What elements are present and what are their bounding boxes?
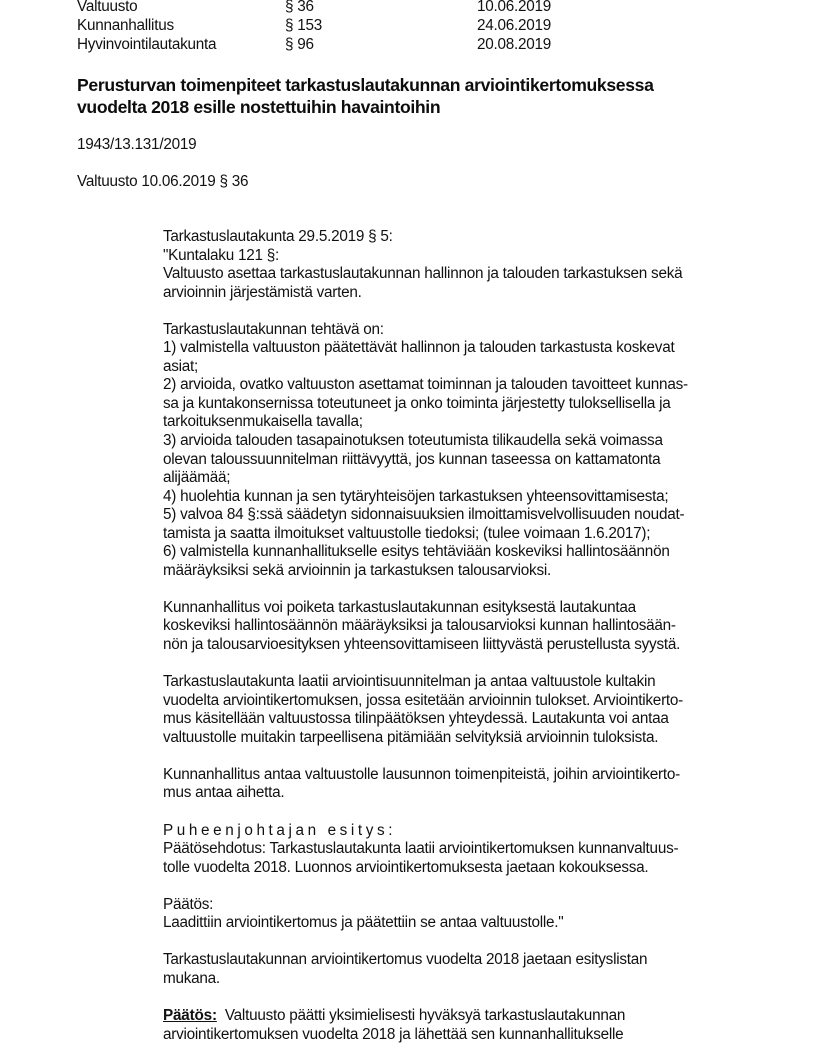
text-line: tolle vuodelta 2018. Luonnos arviointike… (163, 859, 763, 878)
text-line: Tarkastuslautakunnan arviointikertomus v… (163, 951, 763, 970)
prior-decision-heading: Päätös: (163, 896, 763, 915)
meeting-reference: Valtuusto 10.06.2019 § 36 (77, 172, 248, 191)
text-line: olevan taloussuunnitelman riittävyyttä, … (163, 451, 763, 470)
paragraph-gap (163, 580, 763, 599)
text-line: mus antaa aihetta. (163, 784, 763, 803)
text-line: 1) valmistella valtuuston päätettävät ha… (163, 339, 763, 358)
text-line: asiat; (163, 358, 763, 377)
paragraph-gap (163, 803, 763, 822)
text-line: Tarkastuslautakunta 29.5.2019 § 5: (163, 228, 763, 247)
intro-paragraph: Tarkastuslautakunta 29.5.2019 § 5: "Kunt… (163, 228, 763, 302)
meta-section: § 153 (285, 16, 477, 35)
title-line: Perusturvan toimenpiteet tarkastuslautak… (77, 74, 654, 96)
text-line: määräyksiksi sekä arvioinnin ja tarkastu… (163, 562, 763, 581)
paragraph-gap (163, 302, 763, 321)
meta-date: 20.08.2019 (477, 35, 597, 54)
text-line: mukana. (163, 970, 763, 989)
decision-text: Valtuusto päätti yksimielisesti hyväksyä… (225, 1007, 625, 1024)
paragraph-gap (163, 933, 763, 952)
text-line: arvioinnin järjestämistä varten. (163, 284, 763, 303)
text-line: 6) valmistella kunnanhallitukselle esity… (163, 543, 763, 562)
text-line: mus käsitellään valtuustossa tilinpäätök… (163, 710, 763, 729)
decision-label: Päätös: (163, 1007, 217, 1024)
text-line: tamista ja saatta ilmoitukset valtuustol… (163, 525, 763, 544)
text-line: 4) huolehtia kunnan ja sen tytäryhteisöj… (163, 488, 763, 507)
text-line: nön ja talousarvioesityksen yhteensovitt… (163, 636, 763, 655)
meta-row: Hyvinvointilautakunta § 96 20.08.2019 (77, 35, 597, 54)
decision-paragraph: Päätös: Valtuusto päätti yksimielisesti … (163, 1007, 763, 1044)
text-line: tarkoituksenmukaisella tavalla; (163, 413, 763, 432)
paragraph-gap (163, 988, 763, 1007)
duties-list: Tarkastuslautakunnan tehtävä on: 1) valm… (163, 321, 763, 581)
text-line: arviointikertomuksen vuodelta 2018 ja lä… (163, 1026, 763, 1045)
meta-body: Hyvinvointilautakunta (77, 35, 285, 54)
duties-heading: Tarkastuslautakunnan tehtävä on: (163, 321, 763, 340)
text-line: Päätösehdotus: Tarkastuslautakunta laati… (163, 840, 763, 859)
title-line: vuodelta 2018 esille nostettuihin havain… (77, 96, 654, 118)
meta-table: Valtuusto § 36 10.06.2019 Kunnanhallitus… (77, 0, 597, 54)
text-line: 5) valvoa 84 §:ssä säädetyn sidonnaisuuk… (163, 506, 763, 525)
meta-section: § 96 (285, 35, 477, 54)
diary-number: 1943/13.131/2019 (77, 135, 196, 154)
text-line: 3) arvioida talouden tasapainotuksen tot… (163, 432, 763, 451)
paragraph-gap (163, 655, 763, 674)
meta-body: Valtuusto (77, 0, 285, 16)
text-line: Valtuusto asettaa tarkastuslautakunnan h… (163, 265, 763, 284)
statement-paragraph: Kunnanhallitus antaa valtuustolle lausun… (163, 766, 763, 803)
text-line: valtuustolle muitakin tarpeellisena pitä… (163, 729, 763, 748)
chair-proposal-heading: Puheenjohtajan esitys: (163, 822, 763, 841)
chair-proposal: Puheenjohtajan esitys: Päätösehdotus: Ta… (163, 822, 763, 878)
text-line: Laadittiin arviointikertomus ja päätetti… (163, 914, 763, 933)
text-line: Kunnanhallitus antaa valtuustolle lausun… (163, 766, 763, 785)
text-line: 2) arvioida, ovatko valtuuston asettamat… (163, 376, 763, 395)
text-line: Päätös: Valtuusto päätti yksimielisesti … (163, 1007, 763, 1026)
meta-body: Kunnanhallitus (77, 16, 285, 35)
text-line: Tarkastuslautakunta laatii arviointisuun… (163, 673, 763, 692)
document-body: Tarkastuslautakunta 29.5.2019 § 5: "Kunt… (163, 228, 763, 1044)
meta-date: 10.06.2019 (477, 0, 597, 16)
distribution-paragraph: Tarkastuslautakunnan arviointikertomus v… (163, 951, 763, 988)
prior-decision: Päätös: Laadittiin arviointikertomus ja … (163, 896, 763, 933)
text-line: vuodelta arviointikertomuksen, jossa esi… (163, 692, 763, 711)
meta-section: § 36 (285, 0, 477, 16)
meta-row: Kunnanhallitus § 153 24.06.2019 (77, 16, 597, 35)
paragraph-gap (163, 747, 763, 766)
text-line: sa ja kuntakonsernissa toteutuneet ja on… (163, 395, 763, 414)
deviation-paragraph: Kunnanhallitus voi poiketa tarkastuslaut… (163, 599, 763, 655)
evaluation-paragraph: Tarkastuslautakunta laatii arviointisuun… (163, 673, 763, 747)
text-line: koskeviksi hallintosäännön määräyksiksi … (163, 617, 763, 636)
text-line: Kunnanhallitus voi poiketa tarkastuslaut… (163, 599, 763, 618)
text-line: "Kuntalaku 121 §: (163, 247, 763, 266)
paragraph-gap (163, 877, 763, 896)
document-title: Perusturvan toimenpiteet tarkastuslautak… (77, 74, 654, 118)
meta-row: Valtuusto § 36 10.06.2019 (77, 0, 597, 16)
meta-date: 24.06.2019 (477, 16, 597, 35)
text-line: alijäämää; (163, 469, 763, 488)
